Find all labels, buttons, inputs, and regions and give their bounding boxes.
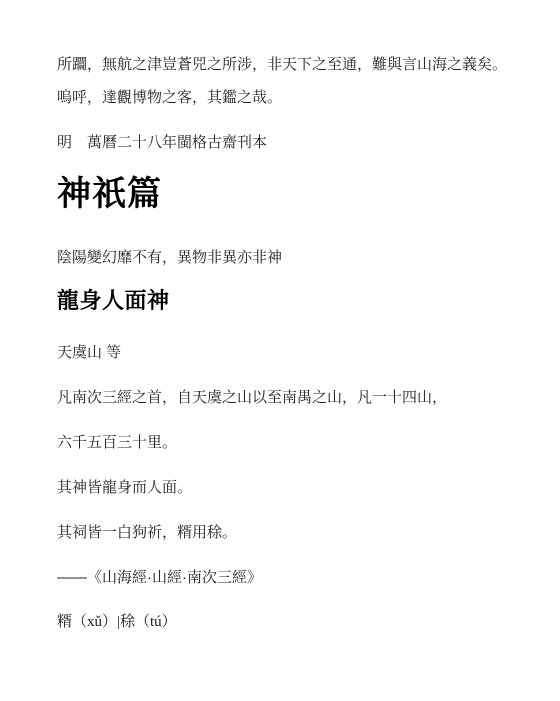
edition-note: 明 萬曆二十八年閩格古齋刊本 [57,126,513,159]
preface-paragraph: 所躢，無航之津豈蒼兕之所涉，非天下之至通，難與言山海之義矣。嗚呼，達觀博物之客，… [57,48,513,114]
quote-line-2: 六千五百三十里。 [57,426,513,459]
entry-title: 龍身人面神 [57,286,512,316]
chapter-title: 神祇篇 [57,171,512,217]
quote-source: ——《山海經·山經·南次三經》 [57,561,513,594]
pronunciation-note: 糈（xǔ）|稌（tú） [57,606,513,639]
quote-line-3: 其神皆龍身而人面。 [57,471,513,504]
chapter-epigraph: 陰陽變幻靡不有，異物非異亦非神 [57,241,513,274]
quote-line-4: 其祠皆一白狗祈，糈用稌。 [57,516,513,549]
document-page: 所躢，無航之津豈蒼兕之所涉，非天下之至通，難與言山海之義矣。嗚呼，達觀博物之客，… [0,0,560,701]
quote-line-1: 凡南次三經之首，自天虞之山以至南禺之山，凡一十四山， [57,381,513,414]
entry-location: 天虞山 等 [57,336,513,369]
